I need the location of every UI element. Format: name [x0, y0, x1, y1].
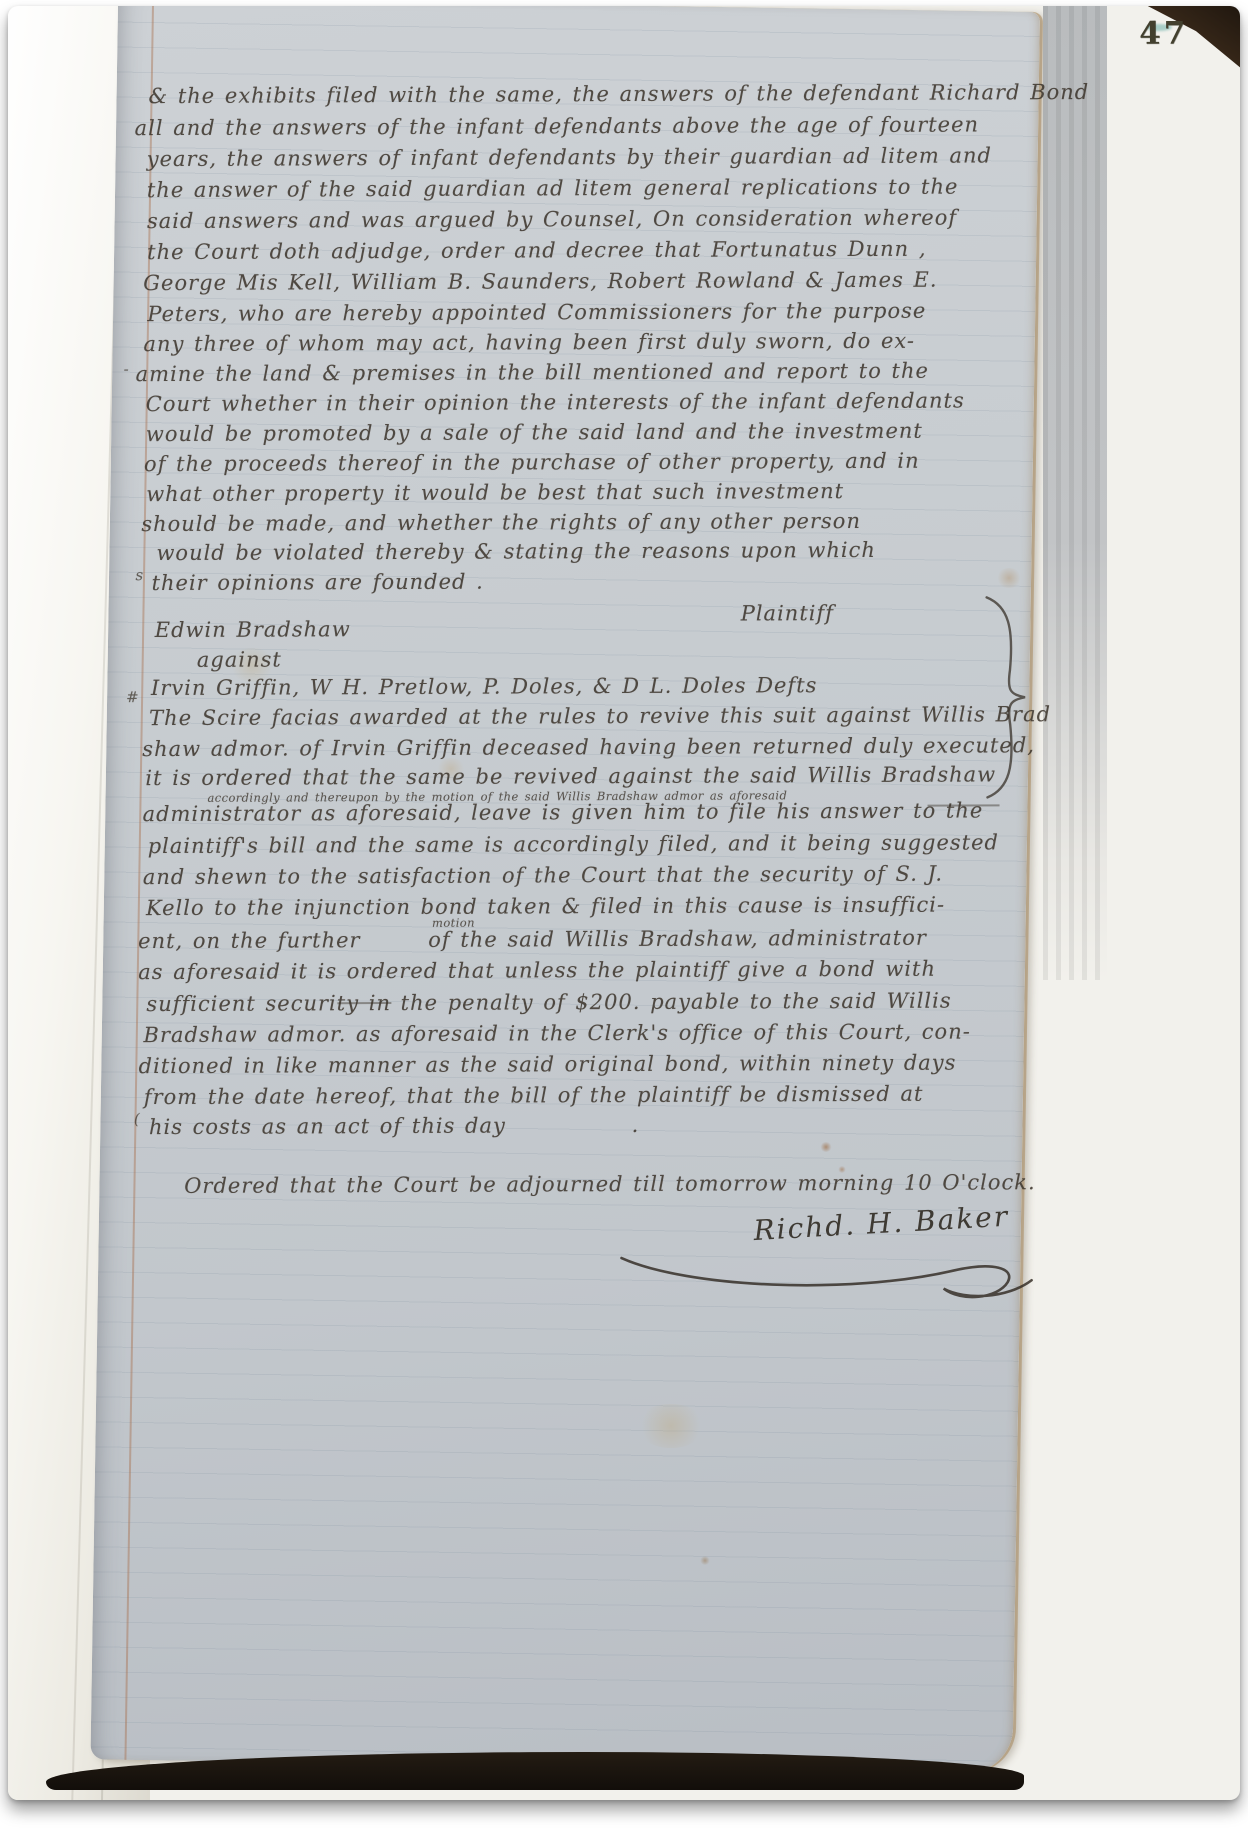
scanned-document-image: 47 Richd. H. Baker & the exhibits filed … — [0, 0, 1248, 1830]
manuscript-line: the answer of the said guardian ad litem… — [147, 175, 959, 203]
signature-flourish-icon — [617, 1242, 1037, 1316]
manuscript-line: Peters, who are hereby appointed Commiss… — [147, 299, 926, 326]
photo: 47 Richd. H. Baker & the exhibits filed … — [8, 6, 1240, 1800]
manuscript-line: Irvin Griffin, W H. Pretlow, P. Doles, &… — [151, 673, 818, 700]
manuscript-line: George Mis Kell, William B. Saunders, Ro… — [143, 268, 937, 295]
manuscript-line: administrator as aforesaid, leave is giv… — [143, 798, 984, 826]
manuscript-line: from the date hereof, that the bill of t… — [144, 1082, 924, 1109]
manuscript-line: any three of whom may act, having been f… — [143, 329, 915, 356]
manuscript-line: should be made, and whether the rights o… — [141, 509, 861, 536]
manuscript-line: shaw admor. of Irvin Griffin deceased ha… — [142, 733, 1035, 761]
manuscript-line: it is ordered that the same be revived a… — [145, 762, 996, 790]
manuscript-line: plaintiff's bill and the same is accordi… — [148, 830, 999, 858]
manuscript-line: and shewn to the satisfaction of the Cou… — [143, 862, 943, 889]
manuscript-text: 47 Richd. H. Baker & the exhibits filed … — [8, 6, 1240, 1800]
manuscript-line: & the exhibits filed with the same, the … — [148, 80, 1089, 108]
manuscript-line: Edwin Bradshaw — [155, 617, 351, 642]
manuscript-line: s — [135, 566, 144, 584]
manuscript-line: against — [197, 647, 282, 671]
manuscript-line: his costs as an act of this day . — [149, 1113, 639, 1139]
manuscript-line: The Scire facias awarded at the rules to… — [149, 702, 1051, 730]
signature: Richd. H. Baker — [753, 1200, 1010, 1247]
manuscript-line: of the proceeds thereof in the purchase … — [144, 449, 920, 476]
manuscript-line: Plaintiff — [741, 601, 834, 625]
manuscript-line: - — [124, 360, 130, 378]
manuscript-line: years, the answers of infant defendants … — [147, 143, 992, 171]
manuscript-line: the Court doth adjudge, order and decree… — [147, 237, 926, 264]
manuscript-line: ditioned in like manner as the said orig… — [139, 1051, 957, 1079]
photo-frame: 47 Richd. H. Baker & the exhibits filed … — [8, 6, 1240, 1800]
manuscript-line: Ordered that the Court be adjourned till… — [184, 1170, 1036, 1198]
manuscript-line: ent, on the further of the said Willis B… — [138, 926, 927, 953]
manuscript-line: Bradshaw admor. as aforesaid in the Cler… — [143, 1019, 970, 1047]
manuscript-line: amine the land & premises in the bill me… — [136, 359, 929, 386]
page-number: 47 — [1139, 16, 1188, 52]
manuscript-line: what other property it would be best tha… — [146, 479, 844, 506]
manuscript-line: would be promoted by a sale of the said … — [146, 419, 923, 446]
manuscript-line: # — [126, 688, 140, 706]
manuscript-line: their opinions are founded . — [151, 570, 483, 595]
manuscript-line: would be violated thereby & stating the … — [156, 538, 876, 565]
manuscript-line: all and the answers of the infant defend… — [135, 112, 980, 140]
manuscript-line: sufficient security in the penalty of $2… — [146, 989, 951, 1017]
manuscript-line: said answers and was argued by Counsel, … — [147, 206, 957, 234]
manuscript-line: Court whether in their opinion the inter… — [146, 389, 965, 417]
manuscript-line: ( — [134, 1110, 141, 1128]
manuscript-line: Kello to the injunction bond taken & fil… — [146, 893, 945, 920]
manuscript-line: as aforesaid it is ordered that unless t… — [138, 957, 936, 984]
